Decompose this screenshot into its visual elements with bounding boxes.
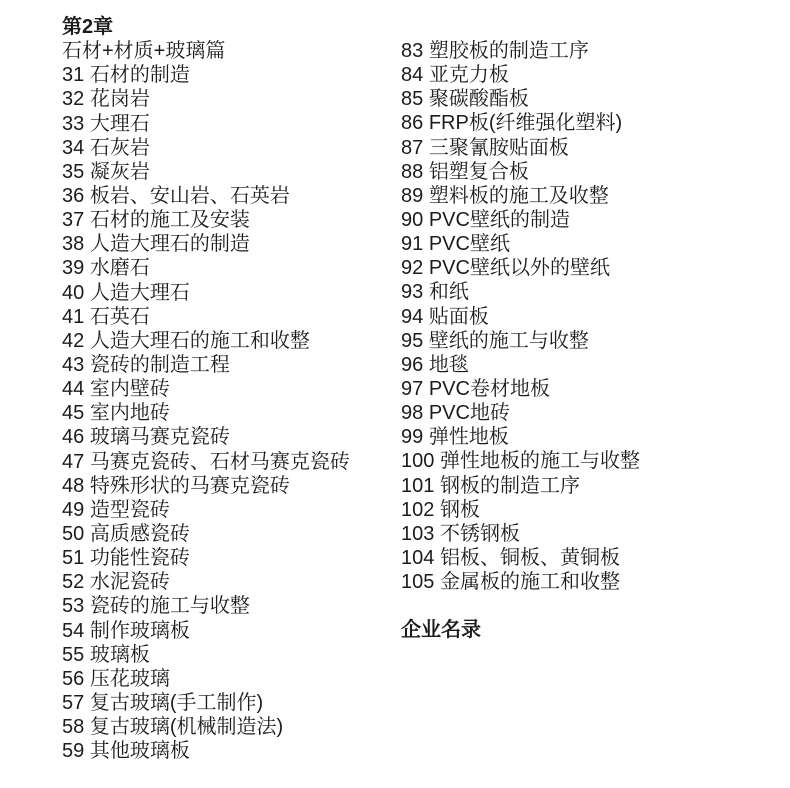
toc-item-label: PVC壁纸的制造 — [429, 209, 570, 231]
toc-item-label: 复古玻璃(手工制作) — [90, 692, 263, 714]
toc-item-label: 金属板的施工和收整 — [440, 571, 620, 593]
toc-item: 95壁纸的施工与收整 — [401, 329, 640, 353]
toc-item: 91PVC壁纸 — [401, 232, 640, 256]
toc-item-number: 41 — [62, 306, 84, 328]
toc-item-number: 105 — [401, 571, 434, 593]
toc-item-label: 大理石 — [90, 113, 150, 135]
blank-line — [401, 594, 640, 618]
toc-item-label: 马赛克瓷砖、石材马赛克瓷砖 — [90, 451, 350, 473]
toc-item: 58复古玻璃(机械制造法) — [62, 715, 350, 739]
toc-item: 102钢板 — [401, 498, 640, 522]
toc-item: 104铝板、铜板、黄铜板 — [401, 546, 640, 570]
toc-item-label: 不锈钢板 — [440, 523, 520, 545]
toc-item-label: 石材的施工及安装 — [90, 209, 250, 231]
toc-item-label: 弹性地板 — [429, 426, 509, 448]
toc-item-label: 石材的制造 — [90, 64, 190, 86]
toc-item: 39水磨石 — [62, 256, 350, 280]
toc-item: 54制作玻璃板 — [62, 619, 350, 643]
toc-item-number: 40 — [62, 282, 84, 304]
toc-item: 90PVC壁纸的制造 — [401, 208, 640, 232]
toc-item-number: 49 — [62, 499, 84, 521]
toc-item: 97PVC卷材地板 — [401, 377, 640, 401]
toc-item: 89塑料板的施工及收整 — [401, 184, 640, 208]
toc-right-column: 83塑胶板的制造工序84亚克力板85聚碳酸酯板86FRP板(纤维强化塑料)87三… — [401, 39, 640, 643]
toc-item-number: 97 — [401, 378, 423, 400]
toc-item: 46玻璃马赛克瓷砖 — [62, 425, 350, 449]
toc-item-label: 压花玻璃 — [90, 668, 170, 690]
toc-item-label: 人造大理石的制造 — [90, 233, 250, 255]
toc-item-label: 瓷砖的制造工程 — [90, 354, 230, 376]
toc-item: 56压花玻璃 — [62, 667, 350, 691]
toc-item-number: 101 — [401, 475, 434, 497]
toc-item: 98PVC地砖 — [401, 401, 640, 425]
toc-item: 83塑胶板的制造工序 — [401, 39, 640, 63]
toc-item-label: 板岩、安山岩、石英岩 — [90, 185, 290, 207]
toc-item: 55玻璃板 — [62, 643, 350, 667]
toc-item-label: 塑料板的施工及收整 — [429, 185, 609, 207]
toc-item-label: 室内地砖 — [90, 402, 170, 424]
toc-item-number: 86 — [401, 112, 423, 134]
toc-item-number: 96 — [401, 354, 423, 376]
toc-item-number: 84 — [401, 64, 423, 86]
toc-item: 51功能性瓷砖 — [62, 546, 350, 570]
toc-item: 44室内壁砖 — [62, 377, 350, 401]
toc-item-number: 47 — [62, 451, 84, 473]
toc-item-number: 59 — [62, 740, 84, 762]
toc-item-label: 功能性瓷砖 — [90, 547, 190, 569]
toc-item-number: 33 — [62, 113, 84, 135]
toc-item: 48特殊形状的马赛克瓷砖 — [62, 474, 350, 498]
toc-item: 36板岩、安山岩、石英岩 — [62, 184, 350, 208]
toc-item-label: 弹性地板的施工与收整 — [440, 450, 640, 472]
toc-item-label: 人造大理石 — [90, 282, 190, 304]
toc-item-label: 地毯 — [429, 354, 469, 376]
toc-item-number: 93 — [401, 281, 423, 303]
toc-item-number: 53 — [62, 595, 84, 617]
toc-item-label: 复古玻璃(机械制造法) — [90, 716, 283, 738]
toc-item: 52水泥瓷砖 — [62, 570, 350, 594]
toc-item: 92PVC壁纸以外的壁纸 — [401, 256, 640, 280]
toc-item-label: 特殊形状的马赛克瓷砖 — [90, 475, 290, 497]
toc-item-number: 35 — [62, 161, 84, 183]
toc-item-number: 54 — [62, 620, 84, 642]
toc-item: 85聚碳酸酯板 — [401, 87, 640, 111]
toc-item-number: 87 — [401, 137, 423, 159]
directory-heading: 企业名录 — [401, 618, 640, 642]
toc-item-number: 50 — [62, 523, 84, 545]
toc-item-number: 37 — [62, 209, 84, 231]
toc-left-column: 第2章 石材+材质+玻璃篇 31石材的制造32花岗岩33大理石34石灰岩35凝灰… — [62, 15, 350, 763]
toc-item-number: 51 — [62, 547, 84, 569]
toc-item: 86FRP板(纤维强化塑料) — [401, 111, 640, 135]
toc-item: 31石材的制造 — [62, 63, 350, 87]
toc-item-number: 32 — [62, 88, 84, 110]
toc-item-number: 52 — [62, 571, 84, 593]
toc-item-number: 31 — [62, 64, 84, 86]
toc-item-label: 造型瓷砖 — [90, 499, 170, 521]
toc-item: 100弹性地板的施工与收整 — [401, 449, 640, 473]
toc-item-number: 36 — [62, 185, 84, 207]
toc-item-label: 人造大理石的施工和收整 — [90, 330, 310, 352]
toc-item: 53瓷砖的施工与收整 — [62, 594, 350, 618]
toc-item-label: 玻璃马赛克瓷砖 — [90, 426, 230, 448]
toc-item-number: 42 — [62, 330, 84, 352]
toc-item: 103不锈钢板 — [401, 522, 640, 546]
toc-item: 101钢板的制造工序 — [401, 474, 640, 498]
toc-item: 84亚克力板 — [401, 63, 640, 87]
toc-item: 87三聚氰胺贴面板 — [401, 136, 640, 160]
toc-item-label: 室内壁砖 — [90, 378, 170, 400]
toc-item: 57复古玻璃(手工制作) — [62, 691, 350, 715]
toc-item-number: 45 — [62, 402, 84, 424]
toc-right-items: 83塑胶板的制造工序84亚克力板85聚碳酸酯板86FRP板(纤维强化塑料)87三… — [401, 39, 640, 594]
toc-item: 94贴面板 — [401, 305, 640, 329]
toc-item-number: 100 — [401, 450, 434, 472]
toc-item-number: 43 — [62, 354, 84, 376]
toc-item-label: 壁纸的施工与收整 — [429, 330, 589, 352]
toc-item-number: 104 — [401, 547, 434, 569]
toc-item: 43瓷砖的制造工程 — [62, 353, 350, 377]
toc-item-label: PVC壁纸 — [429, 233, 510, 255]
toc-item: 37石材的施工及安装 — [62, 208, 350, 232]
toc-item-number: 83 — [401, 40, 423, 62]
toc-item-number: 89 — [401, 185, 423, 207]
toc-item-number: 90 — [401, 209, 423, 231]
toc-item-number: 99 — [401, 426, 423, 448]
toc-item-number: 48 — [62, 475, 84, 497]
toc-item-number: 92 — [401, 257, 423, 279]
toc-item-number: 46 — [62, 426, 84, 448]
toc-item: 93和纸 — [401, 280, 640, 304]
toc-item-label: FRP板(纤维强化塑料) — [429, 112, 622, 134]
toc-item-number: 98 — [401, 402, 423, 424]
toc-item-number: 39 — [62, 257, 84, 279]
toc-item: 42人造大理石的施工和收整 — [62, 329, 350, 353]
toc-item: 49造型瓷砖 — [62, 498, 350, 522]
toc-item-number: 44 — [62, 378, 84, 400]
toc-item-label: PVC卷材地板 — [429, 378, 550, 400]
toc-item: 47马赛克瓷砖、石材马赛克瓷砖 — [62, 450, 350, 474]
toc-item-number: 91 — [401, 233, 423, 255]
toc-item-label: 凝灰岩 — [90, 161, 150, 183]
toc-item-label: 钢板 — [440, 499, 480, 521]
toc-item-number: 58 — [62, 716, 84, 738]
toc-item-label: 制作玻璃板 — [90, 620, 190, 642]
toc-item: 33大理石 — [62, 112, 350, 136]
section-title: 石材+材质+玻璃篇 — [62, 39, 350, 63]
toc-item-label: 聚碳酸酯板 — [429, 88, 529, 110]
toc-page: 第2章 石材+材质+玻璃篇 31石材的制造32花岗岩33大理石34石灰岩35凝灰… — [0, 0, 790, 788]
toc-item-label: 高质感瓷砖 — [90, 523, 190, 545]
toc-item: 40人造大理石 — [62, 281, 350, 305]
chapter-heading: 第2章 — [62, 15, 350, 39]
toc-item-label: 瓷砖的施工与收整 — [90, 595, 250, 617]
toc-item-label: 石灰岩 — [90, 137, 150, 159]
toc-item-number: 38 — [62, 233, 84, 255]
toc-item-label: 铝塑复合板 — [429, 161, 529, 183]
toc-item-label: 和纸 — [429, 281, 469, 303]
toc-item-label: 其他玻璃板 — [90, 740, 190, 762]
toc-item-number: 55 — [62, 644, 84, 666]
toc-item: 96地毯 — [401, 353, 640, 377]
toc-item-label: 花岗岩 — [90, 88, 150, 110]
toc-item-label: 三聚氰胺贴面板 — [429, 137, 569, 159]
toc-item: 88铝塑复合板 — [401, 160, 640, 184]
toc-item-label: 水泥瓷砖 — [90, 571, 170, 593]
toc-item: 35凝灰岩 — [62, 160, 350, 184]
toc-item-number: 103 — [401, 523, 434, 545]
toc-item-label: 水磨石 — [90, 257, 150, 279]
toc-item-label: 塑胶板的制造工序 — [429, 40, 589, 62]
toc-item-label: 石英石 — [90, 306, 150, 328]
toc-item-label: 钢板的制造工序 — [440, 475, 580, 497]
toc-item-number: 95 — [401, 330, 423, 352]
toc-item-number: 85 — [401, 88, 423, 110]
toc-item-label: 贴面板 — [429, 306, 489, 328]
toc-item-number: 34 — [62, 137, 84, 159]
toc-item-label: PVC地砖 — [429, 402, 510, 424]
toc-item-label: 亚克力板 — [429, 64, 509, 86]
toc-item: 38人造大理石的制造 — [62, 232, 350, 256]
toc-item-number: 57 — [62, 692, 84, 714]
toc-item: 32花岗岩 — [62, 87, 350, 111]
toc-item: 34石灰岩 — [62, 136, 350, 160]
toc-item-number: 56 — [62, 668, 84, 690]
toc-item-label: 铝板、铜板、黄铜板 — [440, 547, 620, 569]
toc-item-number: 88 — [401, 161, 423, 183]
toc-item: 41石英石 — [62, 305, 350, 329]
toc-item-number: 102 — [401, 499, 434, 521]
toc-item: 105金属板的施工和收整 — [401, 570, 640, 594]
toc-item: 50高质感瓷砖 — [62, 522, 350, 546]
toc-left-items: 31石材的制造32花岗岩33大理石34石灰岩35凝灰岩36板岩、安山岩、石英岩3… — [62, 63, 350, 763]
toc-item: 99弹性地板 — [401, 425, 640, 449]
toc-item: 45室内地砖 — [62, 401, 350, 425]
toc-item: 59其他玻璃板 — [62, 739, 350, 763]
toc-item-number: 94 — [401, 306, 423, 328]
toc-item-label: 玻璃板 — [90, 644, 150, 666]
toc-item-label: PVC壁纸以外的壁纸 — [429, 257, 610, 279]
